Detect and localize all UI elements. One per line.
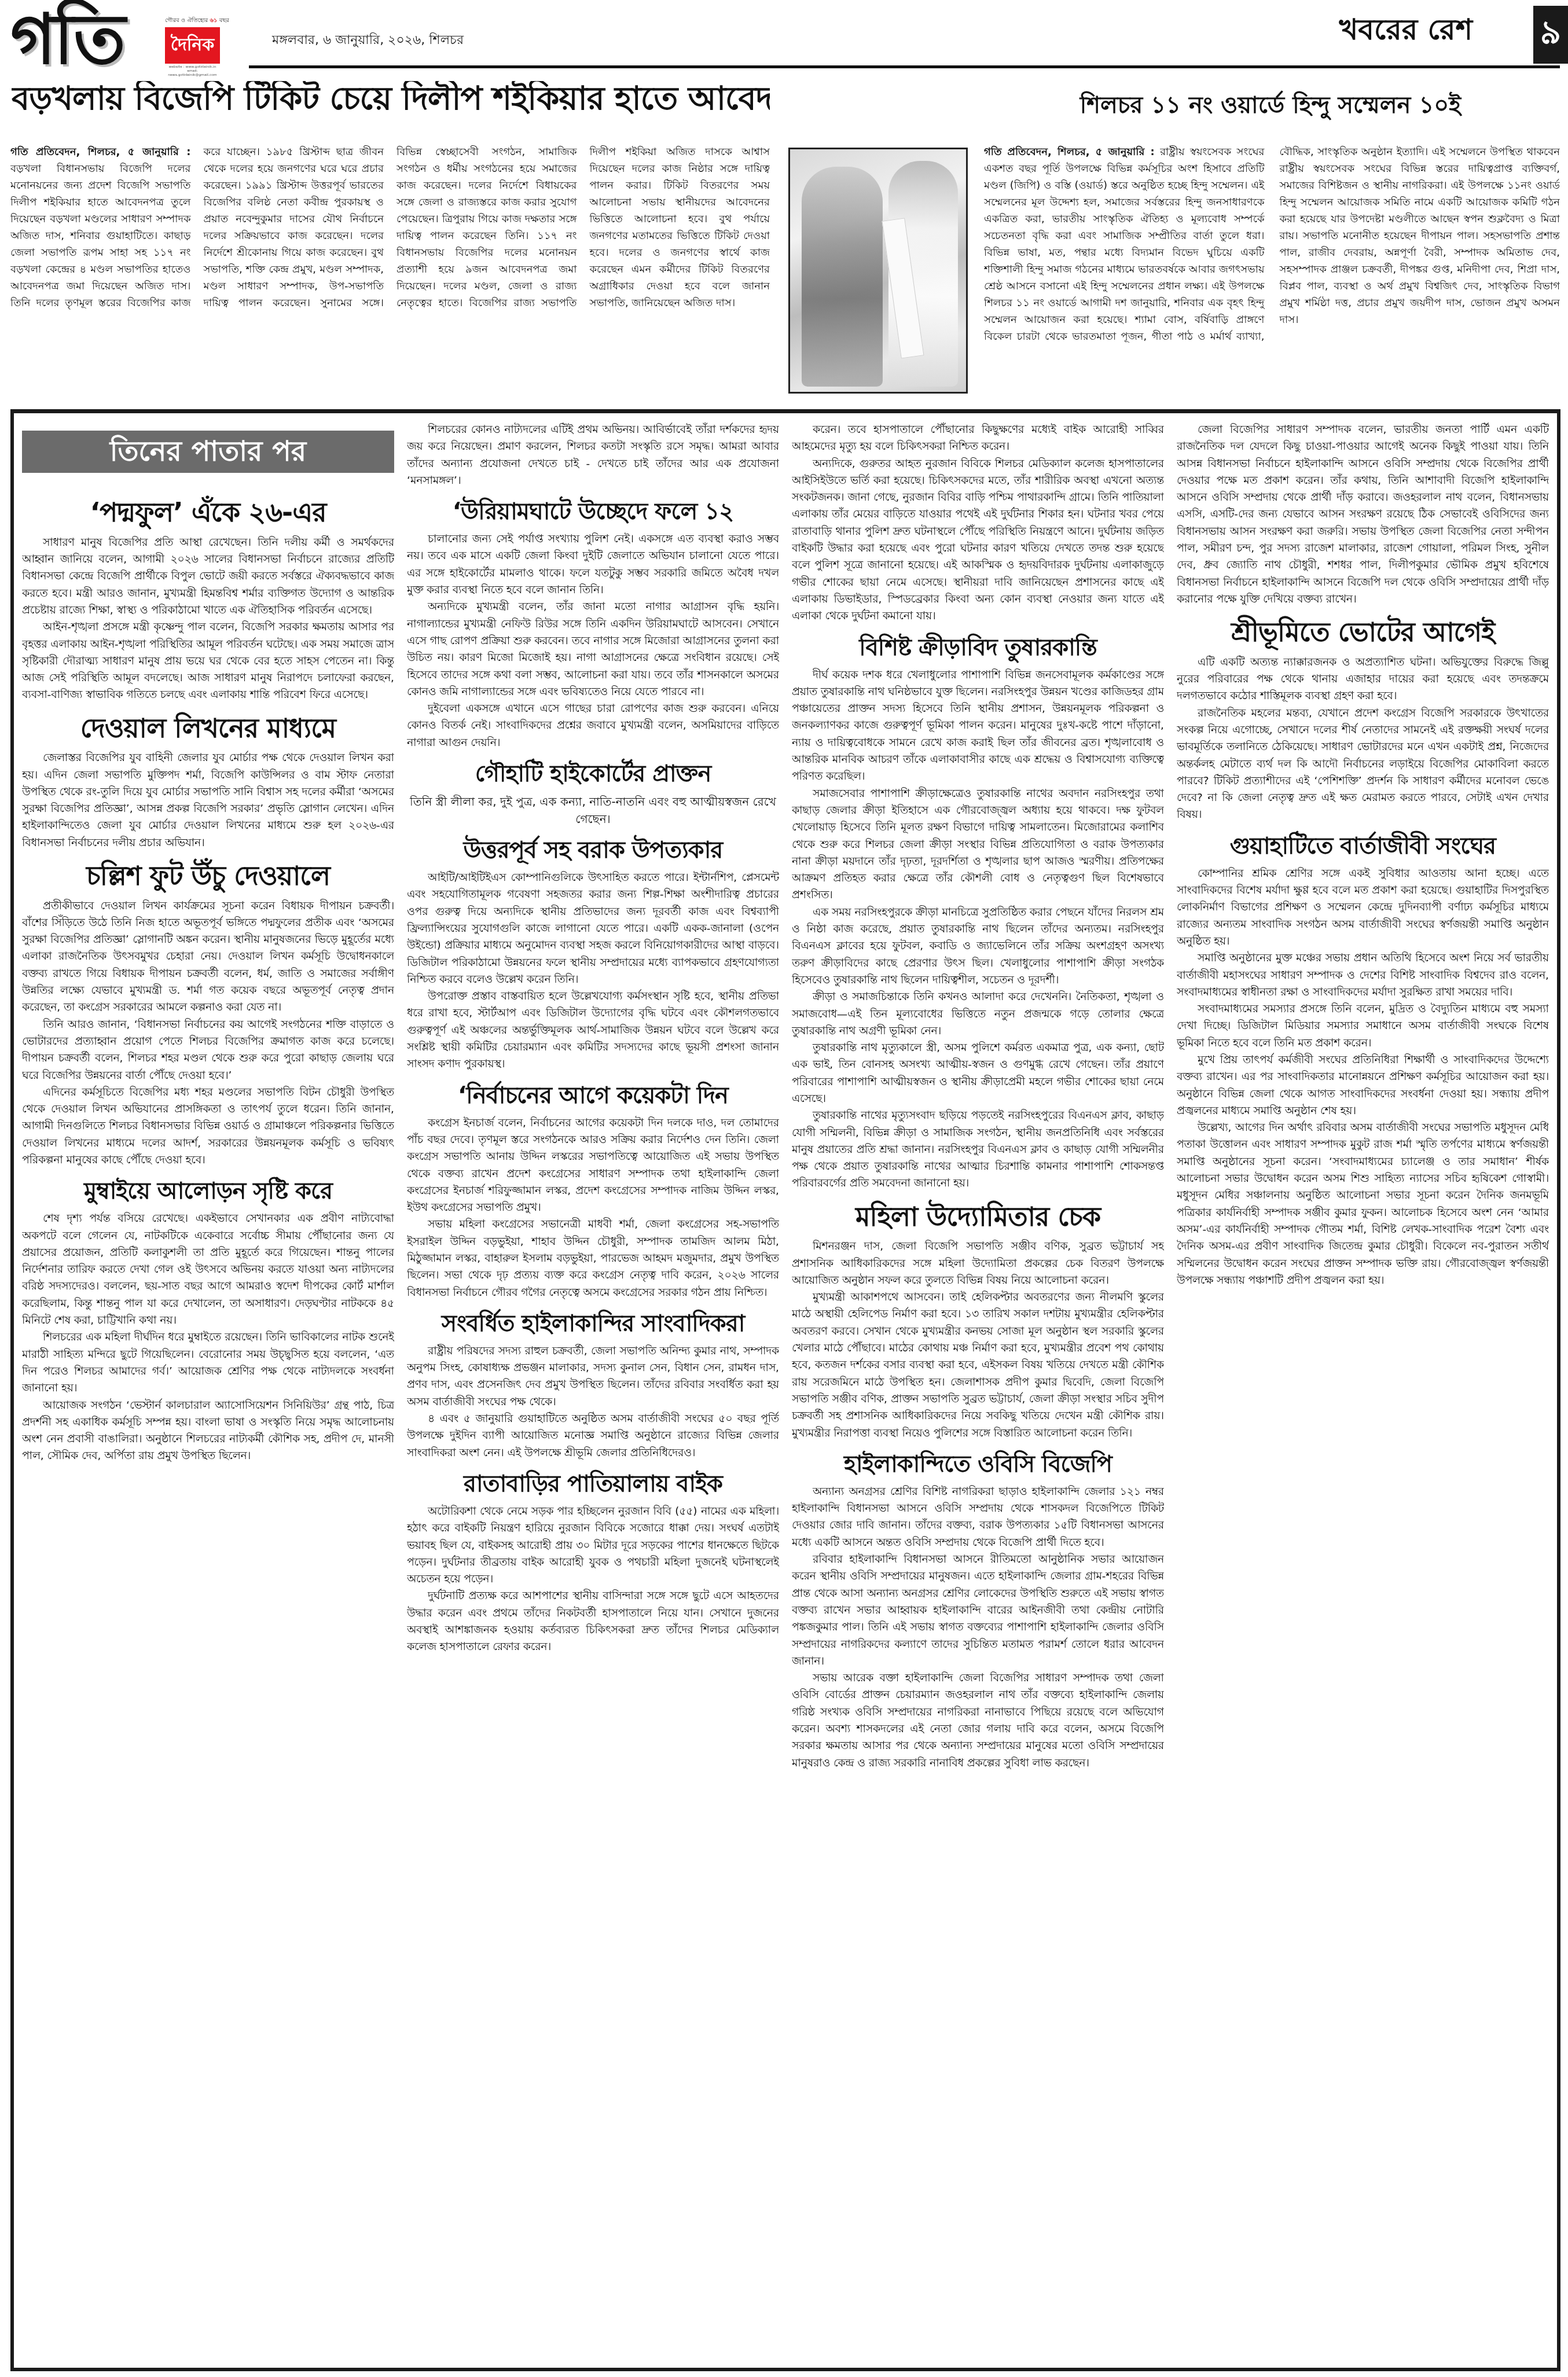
lead-story-body: গতি প্রতিবেদন, শিলচর, ৫ জানুয়ারি : বড়খ… — [10, 144, 770, 398]
section-name: খবরের রেশ — [1339, 8, 1472, 56]
column-4: জেলা বিজেপির সাধারণ সম্পাদক বলেন, ভারতীয… — [1177, 421, 1549, 2360]
article-paragraph: কংগ্রেস ইনচার্জ বলেন, নির্বাচনের আগের কয… — [407, 1115, 779, 1217]
continuation-columns: তিনের পাতার পর ‘পদ্মফুল’ এঁকে ২৬-এরসাধার… — [22, 421, 1549, 2360]
page-number: ৯ — [1533, 6, 1568, 64]
lead-headline: বড়খলায় বিজেপি টিকিট চেয়ে দিলীপ শইকিয়… — [12, 81, 770, 117]
section-headline: মুম্বাইয়ে আলোড়ন সৃষ্টি করে — [22, 1177, 394, 1206]
column-3: করেন। তবে হাসপাতালে পৌঁছানোর কিছুক্ষণের … — [792, 421, 1164, 2360]
section-headline: উত্তরপূর্ব সহ বরাক উপত্যকার — [407, 836, 779, 865]
article-paragraph: দুইবেলা একসঙ্গে এখানে এসে গাছের চারা রোপ… — [407, 700, 779, 751]
article-paragraph: তিনি আরও জানান, ‘বিধানসভা নির্বাচনের কয়… — [22, 1016, 394, 1084]
article-paragraph: শেষ দৃশ্য পর্যন্ত বসিয়ে রেখেছে। একইভাবে… — [22, 1210, 394, 1329]
article-paragraph: চালানোর জন্য সেই পর্যাপ্ত সংখ্যায় পুলিশ… — [407, 531, 779, 598]
article-paragraph: আইটি/আইটিইএস কোম্পানিগুলিকে উৎসাহিত করতে… — [407, 869, 779, 988]
article-paragraph: উল্লেখ্য, আগের দিন অর্থাৎ রবিবার অসম বার… — [1177, 1119, 1549, 1289]
section-headline: ‘উরিয়ামঘাটে উচ্ছেদে ফলে ১২ — [407, 497, 779, 526]
article-paragraph: সাধারণ মানুষ বিজেপির প্রতি আস্থা রেখেছেন… — [22, 534, 394, 619]
article-paragraph: রাষ্ট্রীয় পরিষদের সদস্য রাহুল চক্রবর্তী… — [407, 1343, 779, 1410]
article-paragraph: জেলাস্তর বিজেপির যুব বাহিনী জেলার যুব মো… — [22, 750, 394, 851]
section-headline: গুয়াহাটিতে বার্তাজীবী সংঘের — [1177, 832, 1549, 861]
article-paragraph: অন্যদিকে, গুরুতর আহত নুরজান বিবিকে শিলচর… — [792, 455, 1164, 625]
lead-text: বড়খলা বিধানসভায় বিজেপি দলের মনোনয়নের … — [10, 146, 770, 309]
article-paragraph: ক্রীড়া ও সমাজচিন্তাকে তিনি কখনও আলাদা ক… — [792, 989, 1164, 1039]
section-headline: সংবর্ধিত হাইলাকান্দির সাংবাদিকরা — [407, 1309, 779, 1338]
newspaper-logo: গতি — [10, 5, 123, 74]
masthead: গতি গৌরব ও ঐতিহ্যের ৬১ বছর দৈনিক website… — [0, 0, 1568, 81]
article-paragraph: অটোরিকশা থেকে নেমে সড়ক পার হচ্ছিলেন নুর… — [407, 1503, 779, 1588]
section-headline: মহিলা উদ্যোমিতার চেক — [792, 1200, 1164, 1234]
right-story-body: গতি প্রতিবেদন, শিলচর, ৫ জানুয়ারি : রাষ্… — [984, 144, 1560, 398]
badge-label: দৈনিক — [165, 27, 220, 64]
article-paragraph: দুর্ঘটনাটি প্রত্যক্ষ করে আশপাশের স্থানীয… — [407, 1588, 779, 1655]
section-deck: তিনি স্ত্রী লীলা কর, দুই পুত্র, এক কন্যা… — [407, 793, 779, 828]
article-paragraph: রাজনৈতিক মহলের মন্তব্য, যেখানে প্রদেশ কং… — [1177, 705, 1549, 824]
section-headline: চল্লিশ ফুট উঁচু দেওয়ালে — [22, 859, 394, 893]
dainik-badge: গৌরব ও ঐতিহ্যের ৬১ বছর দৈনিক website : w… — [165, 16, 220, 78]
continuation-banner: তিনের পাতার পর — [22, 431, 394, 473]
lead-byline: গতি প্রতিবেদন, শিলচর, ৫ জানুয়ারি : — [10, 146, 191, 158]
article-paragraph: মুখ্যমন্ত্রী আকাশপথে আসবেন। তাই হেলিকপ্ট… — [792, 1289, 1164, 1442]
news-photo — [788, 148, 968, 394]
right-headline: শিলচর ১১ নং ওয়ার্ডে হিন্দু সম্মেলন ১০ই — [984, 87, 1557, 126]
article-paragraph: সভায় মহিলা কংগ্রেসের সভানেত্রী মাধবী শর… — [407, 1216, 779, 1300]
article-paragraph: শিলচরের কোনও নাট্যদলের এটিই প্রথম অভিনয়… — [407, 421, 779, 489]
article-paragraph: অন্যদিকে মুখ্যমন্ত্রী বলেন, তাঁর জানা মত… — [407, 598, 779, 700]
section-headline: রাতাবাড়ির পাতিয়ালায় বাইক — [407, 1469, 779, 1498]
section-headline: ‘নির্বাচনের আগে কয়েকটা দিন — [407, 1081, 779, 1110]
article-paragraph: আইন-শৃঙ্খলা প্রসঙ্গে মন্ত্রী কৃষ্ণেন্দু … — [22, 619, 394, 703]
column-1: তিনের পাতার পর ‘পদ্মফুল’ এঁকে ২৬-এরসাধার… — [22, 421, 394, 2360]
badge-contact: website : www.gotidainik.in email: news.… — [165, 65, 220, 78]
section-headline: হাইলাকান্দিতে ওবিসি বিজেপি — [792, 1450, 1164, 1479]
right-text: রাষ্ট্রীয় স্বয়ংসেবক সংঘের একশত বছর পূর… — [984, 146, 1560, 343]
article-paragraph: তুষারকান্তি নাথের মৃত্যুসংবাদ ছড়িয়ে পড… — [792, 1107, 1164, 1192]
article-paragraph: কোম্পানির শ্রমিক শ্রেণির সঙ্গে একই সুবিধ… — [1177, 865, 1549, 950]
article-paragraph: দীর্ঘ কয়েক দশক ধরে খেলাধুলোর পাশাপাশি ব… — [792, 667, 1164, 785]
article-paragraph: করেন। তবে হাসপাতালে পৌঁছানোর কিছুক্ষণের … — [792, 421, 1164, 455]
article-paragraph: ৪ এবং ৫ জানুয়ারি গুয়াহাটিতে অনুষ্ঠিত অ… — [407, 1410, 779, 1461]
section-headline: দেওয়াল লিখনের মাধ্যমে — [22, 712, 394, 745]
masthead-rule — [249, 65, 1560, 68]
section-headline: বিশিষ্ট ক্রীড়াবিদ তুষারকান্তি — [792, 633, 1164, 662]
continuation-box: তিনের পাতার পর ‘পদ্মফুল’ এঁকে ২৬-এরসাধার… — [10, 409, 1560, 2371]
right-byline: গতি প্রতিবেদন, শিলচর, ৫ জানুয়ারি : — [984, 146, 1155, 158]
article-paragraph: অন্যান্য অনগ্রসর শ্রেণির বিশিষ্ট নাগরিকর… — [792, 1483, 1164, 1551]
article-paragraph: উপরোক্ত প্রস্তাব বাস্তবায়িত হলে উল্লেখয… — [407, 988, 779, 1072]
section-headline: ‘পদ্মফুল’ এঁকে ২৬-এর — [22, 496, 394, 530]
dateline: মঙ্গলবার, ৬ জানুয়ারি, ২০২৬, শিলচর — [272, 30, 464, 52]
article-paragraph: এক সময় নরসিংহপুরকে ক্রীড়া মানচিত্রে সু… — [792, 904, 1164, 989]
column-2: শিলচরের কোনও নাট্যদলের এটিই প্রথম অভিনয়… — [407, 421, 779, 2360]
article-paragraph: সমাজসেবার পাশাপাশি ক্রীড়াক্ষেত্রেও তুষা… — [792, 785, 1164, 904]
badge-tagline: গৌরব ও ঐতিহ্যের ৬১ বছর — [165, 16, 220, 26]
article-paragraph: সমাপ্তি অনুষ্ঠানের মুক্ত মঞ্চের সভায় প্… — [1177, 950, 1549, 1001]
section-headline: গৌহাটি হাইকোর্টের প্রাক্তন — [407, 759, 779, 788]
article-paragraph: জেলা বিজেপির সাধারণ সম্পাদক বলেন, ভারতীয… — [1177, 421, 1549, 608]
article-paragraph: প্রতীকীভাবে দেওয়াল লিখন কার্যক্রমের সূচ… — [22, 898, 394, 1016]
article-paragraph: সভায় আরেক বক্তা হাইলাকান্দি জেলা বিজেপি… — [792, 1670, 1164, 1772]
article-paragraph: এদিনের কর্মসূচিতে বিজেপির মধ্য শহর মণ্ডল… — [22, 1084, 394, 1169]
article-paragraph: রবিবার হাইলাকান্দি বিধানসভা আসনে রীতিমতো… — [792, 1551, 1164, 1670]
article-paragraph: সংবাদমাধ্যমের সমস্যার প্রসঙ্গে তিনি বলেন… — [1177, 1001, 1549, 1052]
article-paragraph: এটি একটি অত্যন্ত ন্যাক্কারজনক ও অপ্রত্যা… — [1177, 654, 1549, 705]
article-paragraph: শিলচরের এক মহিলা দীর্ঘদিন ধরে মুম্বাইতে … — [22, 1329, 394, 1397]
article-paragraph: আয়োজক সংগঠন ‘ভেস্টার্ন কালচারাল অ্যাসোস… — [22, 1397, 394, 1465]
article-paragraph: মিশনরঞ্জন দাস, জেলা বিজেপি সভাপতি সঞ্জীব… — [792, 1238, 1164, 1289]
section-headline: শ্রীভূমিতে ভোটের আগেই — [1177, 616, 1549, 649]
article-paragraph: তুষারকান্তি নাথ মৃত্যুকালে স্ত্রী, অসম প… — [792, 1039, 1164, 1107]
article-paragraph: মুখে প্রিয় তাৎপর্য কর্মজীবী সংঘের প্রতি… — [1177, 1052, 1549, 1119]
photo-person-left — [802, 167, 883, 387]
